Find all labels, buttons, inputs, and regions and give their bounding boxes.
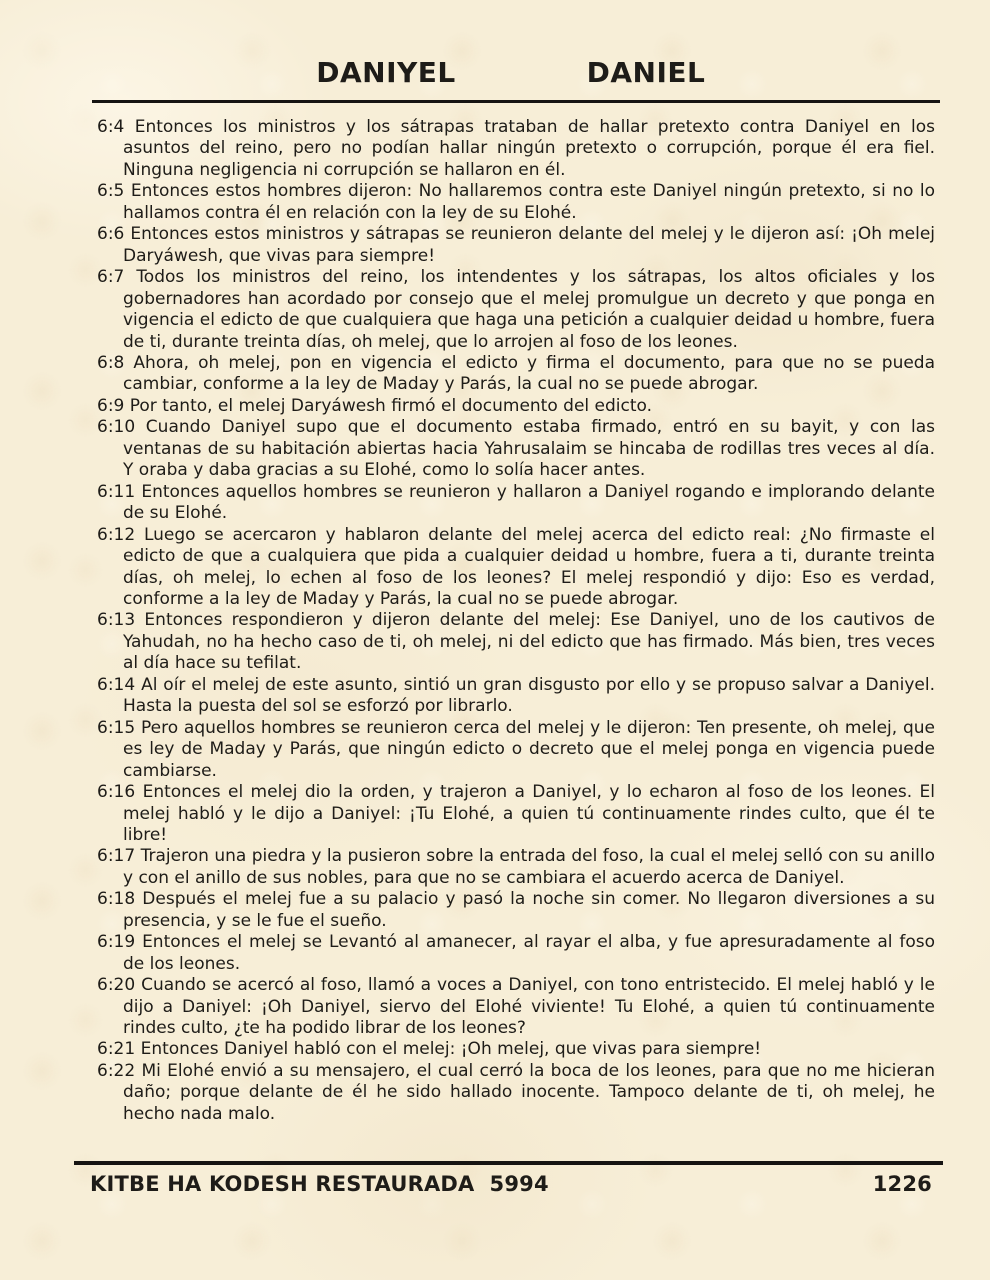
verse-ref: 6:16 (97, 782, 143, 802)
header-rule (92, 100, 940, 103)
verse-text: Cuando se acercó al foso, llamó a voces … (123, 975, 935, 1038)
verse-ref: 6:14 (97, 675, 141, 695)
verse-text: Por tanto, el melej Daryáwesh firmó el d… (130, 396, 652, 416)
verse: 6:17 Trajeron una piedra y la pusieron s… (97, 846, 935, 889)
verse-text: Trajeron una piedra y la pusieron sobre … (123, 846, 935, 887)
verse-text: Pero aquellos hombres se reunieron cerca… (123, 718, 935, 781)
verse: 6:9 Por tanto, el melej Daryáwesh firmó … (97, 396, 935, 417)
footer-edition-label: KITBE HA KODESH RESTAURADA 5994 (90, 1172, 549, 1196)
verse-text: Entonces el melej se Levantó al amanecer… (123, 932, 935, 973)
verse-ref: 6:19 (97, 932, 142, 952)
verse-ref: 6:10 (97, 417, 146, 437)
verse: 6:11 Entonces aquellos hombres se reunie… (97, 482, 935, 525)
verse-ref: 6:4 (97, 117, 135, 137)
verse-text: Ahora, oh melej, pon en vigencia el edic… (123, 353, 935, 394)
verse-ref: 6:5 (97, 181, 131, 201)
verse-text: Entonces estos hombres dijeron: No halla… (123, 181, 935, 222)
verse-text: Después el melej fue a su palacio y pasó… (123, 889, 935, 930)
scripture-page: DANIYEL DANIEL 6:4 Entonces los ministro… (0, 0, 990, 1280)
verse: 6:19 Entonces el melej se Levantó al ama… (97, 932, 935, 975)
verse-text: Entonces los ministros y los sátrapas tr… (123, 117, 935, 180)
verse-text: Entonces el melej dio la orden, y trajer… (123, 782, 935, 845)
verse-text: Entonces estos ministros y sátrapas se r… (123, 224, 935, 265)
verse-ref: 6:9 (97, 396, 130, 416)
verse: 6:10 Cuando Daniyel supo que el document… (97, 417, 935, 481)
verse-ref: 6:20 (97, 975, 141, 995)
verse: 6:16 Entonces el melej dio la orden, y t… (97, 782, 935, 846)
verse: 6:20 Cuando se acercó al foso, llamó a v… (97, 975, 935, 1039)
page-footer: KITBE HA KODESH RESTAURADA 5994 1226 (90, 1172, 932, 1196)
verse-ref: 6:7 (97, 267, 136, 287)
verse: 6:5 Entonces estos hombres dijeron: No h… (97, 181, 935, 224)
verse-text: Todos los ministros del reino, los inten… (123, 267, 935, 351)
verse-text: Entonces respondieron y dijeron delante … (123, 610, 935, 673)
verse-ref: 6:21 (97, 1039, 141, 1059)
verse-text: Luego se acercaron y hablaron delante de… (123, 525, 935, 609)
verse-ref: 6:15 (97, 718, 141, 738)
verse: 6:18 Después el melej fue a su palacio y… (97, 889, 935, 932)
verse-ref: 6:17 (97, 846, 141, 866)
verse: 6:7 Todos los ministros del reino, los i… (97, 267, 935, 353)
verse: 6:13 Entonces respondieron y dijeron del… (97, 610, 935, 674)
footer-rule (74, 1161, 943, 1165)
verse-ref: 6:12 (97, 525, 144, 545)
verse-text: Entonces Daniyel habló con el melej: ¡Oh… (141, 1039, 762, 1059)
verse-ref: 6:8 (97, 353, 133, 373)
verse-text-block: 6:4 Entonces los ministros y los sátrapa… (97, 117, 935, 1125)
verse: 6:8 Ahora, oh melej, pon en vigencia el … (97, 353, 935, 396)
verse: 6:6 Entonces estos ministros y sátrapas … (97, 224, 935, 267)
footer-page-number: 1226 (873, 1172, 932, 1196)
verse-ref: 6:18 (97, 889, 142, 909)
verse: 6:14 Al oír el melej de este asunto, sin… (97, 675, 935, 718)
verse-text: Al oír el melej de este asunto, sintió u… (123, 675, 935, 716)
verse-text: Cuando Daniyel supo que el documento est… (123, 417, 935, 480)
verse: 6:4 Entonces los ministros y los sátrapa… (97, 117, 935, 181)
verse-ref: 6:13 (97, 610, 144, 630)
verse: 6:12 Luego se acercaron y hablaron delan… (97, 525, 935, 611)
page-header: DANIYEL DANIEL (92, 56, 940, 100)
header-title-daniel: DANIEL (587, 56, 706, 89)
verse: 6:21 Entonces Daniyel habló con el melej… (97, 1039, 935, 1060)
header-title-daniyel: DANIYEL (316, 56, 456, 89)
verse-text: Entonces aquellos hombres se reunieron y… (123, 482, 935, 523)
verse-ref: 6:11 (97, 482, 141, 502)
verse: 6:15 Pero aquellos hombres se reunieron … (97, 718, 935, 782)
verse-ref: 6:6 (97, 224, 130, 244)
verse-ref: 6:22 (97, 1061, 141, 1081)
verse-text: Mi Elohé envió a su mensajero, el cual c… (123, 1061, 935, 1124)
verse: 6:22 Mi Elohé envió a su mensajero, el c… (97, 1061, 935, 1125)
